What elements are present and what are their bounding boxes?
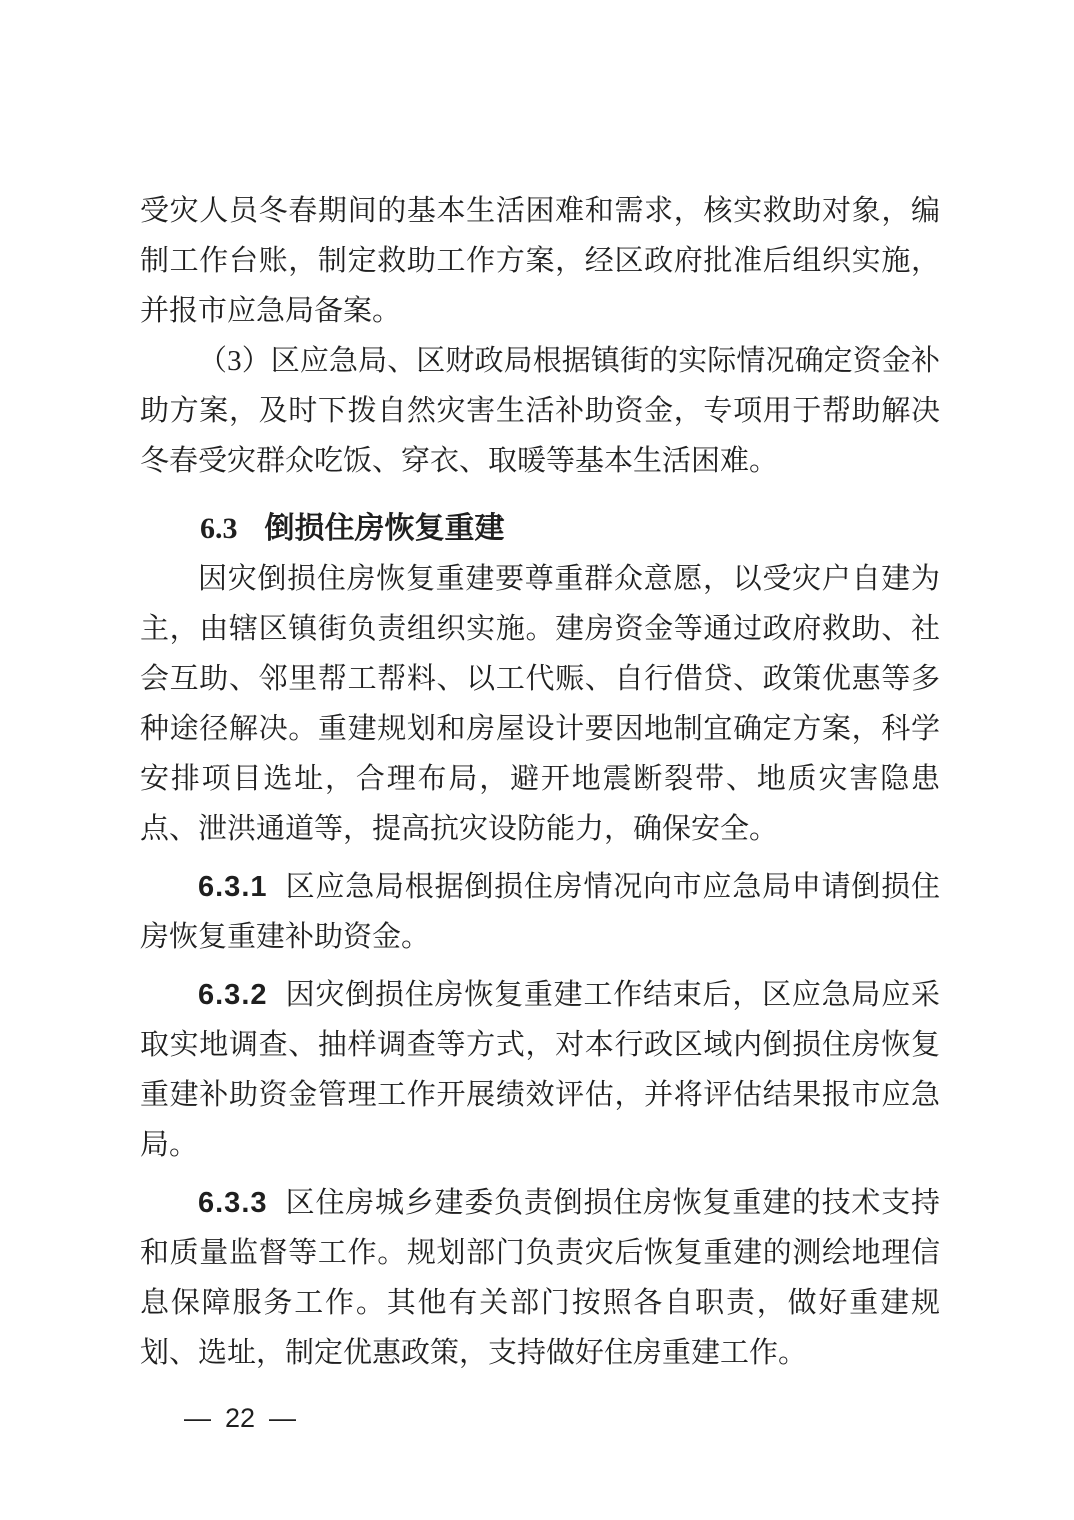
document-body: 受灾人员冬春期间的基本生活困难和需求，核实救助对象，编制工作台账，制定救助工作方… [140,186,940,1378]
subsection-number-6-3-3: 6.3.3 [198,1187,268,1219]
section-heading-6-3: 6.3倒损住房恢复重建 [140,504,940,554]
paragraph-rebuild-overview: 因灾倒损住房恢复重建要尊重群众意愿，以受灾户自建为主，由辖区镇街负责组织实施。建… [140,554,940,854]
subsection-number-6-3-2: 6.3.2 [198,979,268,1011]
paragraph-6-3-3: 6.3.3区住房城乡建委负责倒损住房恢复重建的技术支持和质量监督等工作。规划部门… [140,1178,940,1378]
footer-dash-left: — [184,1400,211,1436]
paragraph-continuation: 受灾人员冬春期间的基本生活困难和需求，核实救助对象，编制工作台账，制定救助工作方… [140,186,940,336]
document-page: 受灾人员冬春期间的基本生活困难和需求，核实救助对象，编制工作台账，制定救助工作方… [0,0,1074,1520]
paragraph-item-3: （3）区应急局、区财政局根据镇街的实际情况确定资金补助方案，及时下拨自然灾害生活… [140,336,940,486]
section-heading-title: 倒损住房恢复重建 [265,512,505,545]
page-number: 22 [225,1403,255,1433]
footer-dash-right: — [269,1400,296,1436]
paragraph-6-3-1: 6.3.1区应急局根据倒损住房情况向市应急局申请倒损住房恢复重建补助资金。 [140,862,940,962]
section-heading-number: 6.3 [200,512,238,545]
paragraph-6-3-2: 6.3.2因灾倒损住房恢复重建工作结束后，区应急局应采取实地调查、抽样调查等方式… [140,970,940,1170]
page-footer: —22— [170,1400,940,1436]
subsection-number-6-3-1: 6.3.1 [198,871,268,903]
